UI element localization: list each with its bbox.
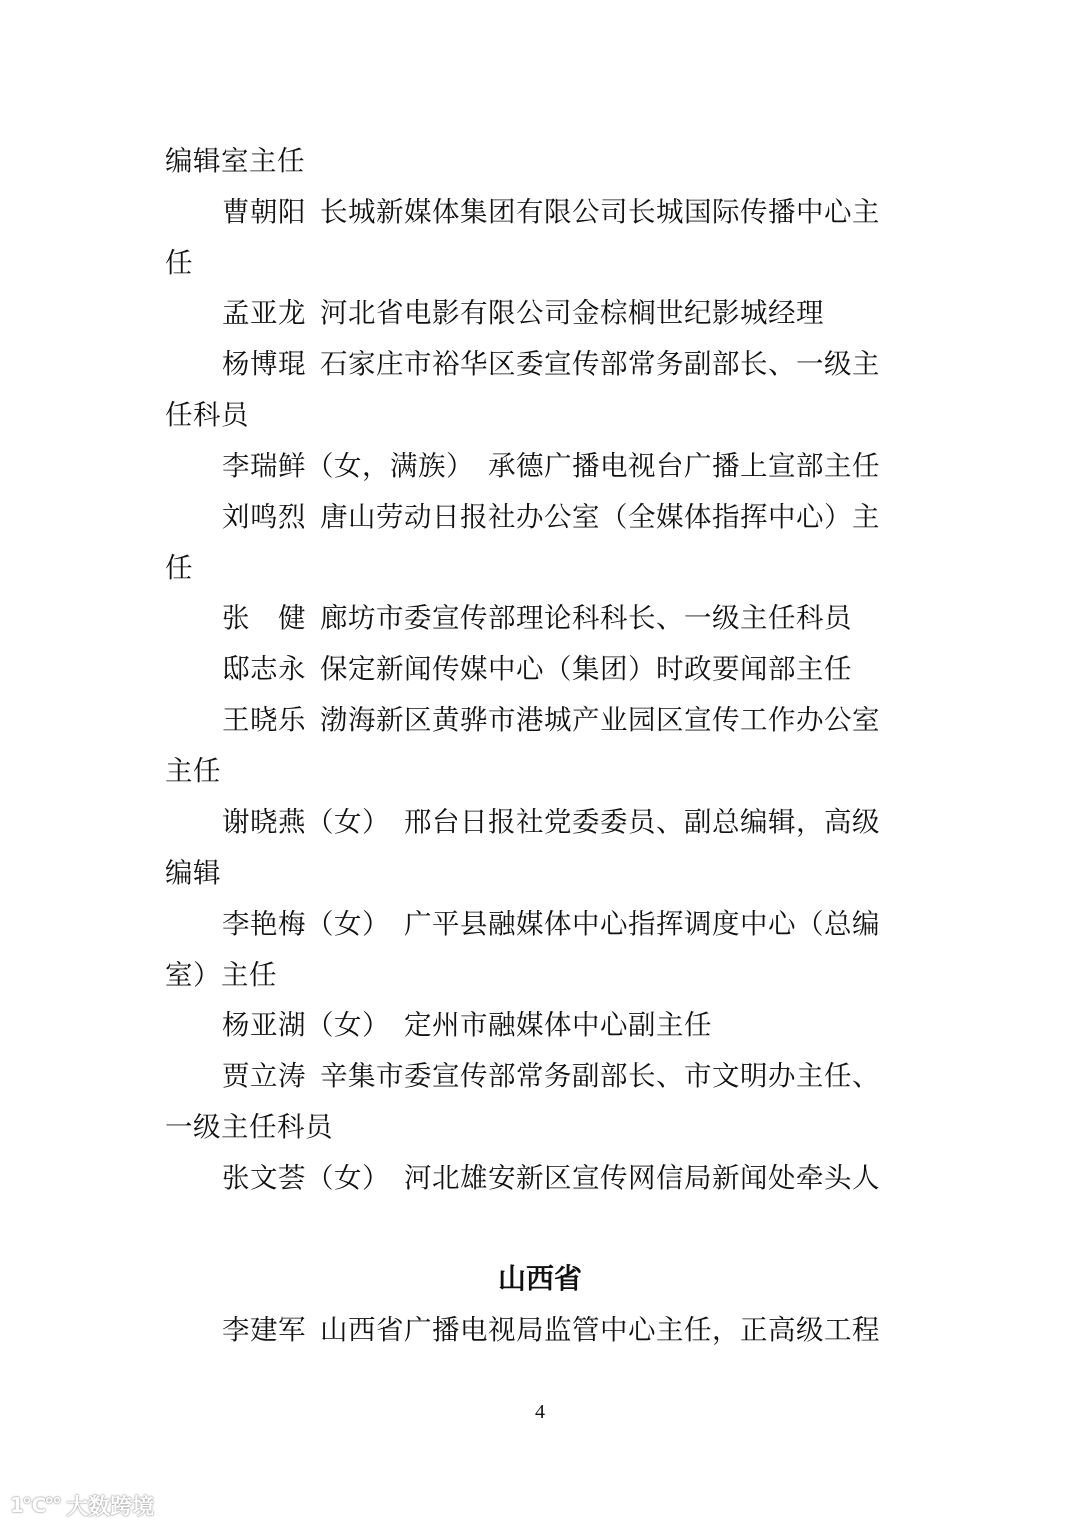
person-name: 李艳梅（女） bbox=[222, 904, 390, 944]
watermark-text: 大数跨境 bbox=[66, 1490, 154, 1521]
text-line-continuation: 一级主任科员 bbox=[165, 1107, 920, 1147]
person-name: 谢晓燕（女） bbox=[222, 802, 390, 842]
page-number: 4 bbox=[0, 1398, 1080, 1426]
document-page: 编辑室主任 曹朝阳长城新媒体集团有限公司长城国际传播中心主 任 孟亚龙河北省电影… bbox=[0, 0, 1080, 1526]
person-name: 杨博琨 bbox=[222, 344, 306, 384]
text-line-continuation: 室）主任 bbox=[165, 955, 920, 995]
text-line-continuation: 编辑室主任 bbox=[165, 141, 920, 181]
person-entry: 张文荟（女）河北雄安新区宣传网信局新闻处牵头人 bbox=[222, 1158, 920, 1198]
person-entry: 孟亚龙河北省电影有限公司金棕榈世纪影城经理 bbox=[222, 293, 920, 333]
person-entry: 邸志永保定新闻传媒中心（集团）时政要闻部主任 bbox=[222, 649, 920, 689]
person-entry: 刘鸣烈唐山劳动日报社办公室（全媒体指挥中心）主 bbox=[222, 497, 920, 537]
person-position: 定州市融媒体中心副主任 bbox=[404, 1009, 712, 1041]
watermark: 1℃°° 大数跨境 bbox=[10, 1490, 154, 1520]
text-line-continuation: 任科员 bbox=[165, 395, 920, 435]
person-name: 张 健 bbox=[222, 598, 306, 638]
person-name: 曹朝阳 bbox=[222, 192, 306, 232]
person-position: 广平县融媒体中心指挥调度中心（总编 bbox=[404, 908, 880, 940]
person-position: 山西省广播电视局监管中心主任，正高级工程 bbox=[320, 1314, 880, 1346]
person-position: 唐山劳动日报社办公室（全媒体指挥中心）主 bbox=[320, 501, 880, 533]
text-line-continuation: 任 bbox=[165, 243, 920, 283]
person-entry: 杨亚湖（女）定州市融媒体中心副主任 bbox=[222, 1005, 920, 1045]
person-position: 长城新媒体集团有限公司长城国际传播中心主 bbox=[320, 196, 880, 228]
person-position: 邢台日报社党委委员、副总编辑，高级 bbox=[404, 806, 880, 838]
person-entry: 谢晓燕（女）邢台日报社党委委员、副总编辑，高级 bbox=[222, 802, 920, 842]
person-name: 邸志永 bbox=[222, 649, 306, 689]
person-position: 河北省电影有限公司金棕榈世纪影城经理 bbox=[320, 297, 824, 329]
person-entry: 王晓乐渤海新区黄骅市港城产业园区宣传工作办公室 bbox=[222, 700, 920, 740]
person-name: 王晓乐 bbox=[222, 700, 306, 740]
person-position: 保定新闻传媒中心（集团）时政要闻部主任 bbox=[320, 653, 852, 685]
person-position: 承德广播电视台广播上宣部主任 bbox=[488, 450, 880, 482]
person-position: 渤海新区黄骅市港城产业园区宣传工作办公室 bbox=[320, 704, 880, 736]
person-name: 杨亚湖（女） bbox=[222, 1005, 390, 1045]
text-line-continuation: 任 bbox=[165, 548, 920, 588]
person-entry: 李建军山西省广播电视局监管中心主任，正高级工程 bbox=[222, 1310, 920, 1350]
person-name: 李瑞鲜（女，满族） bbox=[222, 446, 474, 486]
person-entry: 张 健廊坊市委宣传部理论科科长、一级主任科员 bbox=[222, 598, 920, 638]
person-name: 刘鸣烈 bbox=[222, 497, 306, 537]
watermark-logo-icon: 1℃°° bbox=[10, 1493, 60, 1517]
person-position: 廊坊市委宣传部理论科科长、一级主任科员 bbox=[320, 602, 852, 634]
person-name: 张文荟（女） bbox=[222, 1158, 390, 1198]
section-heading: 山西省 bbox=[0, 1259, 1080, 1299]
person-position: 河北雄安新区宣传网信局新闻处牵头人 bbox=[404, 1162, 880, 1194]
person-name: 贾立涛 bbox=[222, 1056, 306, 1096]
person-entry: 李瑞鲜（女，满族）承德广播电视台广播上宣部主任 bbox=[222, 446, 920, 486]
text-line-continuation: 编辑 bbox=[165, 853, 920, 893]
person-name: 孟亚龙 bbox=[222, 293, 306, 333]
text-line-continuation: 主任 bbox=[165, 751, 920, 791]
person-entry: 曹朝阳长城新媒体集团有限公司长城国际传播中心主 bbox=[222, 192, 920, 232]
person-entry: 贾立涛辛集市委宣传部常务副部长、市文明办主任、 bbox=[222, 1056, 920, 1096]
person-position: 辛集市委宣传部常务副部长、市文明办主任、 bbox=[320, 1060, 880, 1092]
person-position: 石家庄市裕华区委宣传部常务副部长、一级主 bbox=[320, 348, 880, 380]
person-entry: 杨博琨石家庄市裕华区委宣传部常务副部长、一级主 bbox=[222, 344, 920, 384]
person-name: 李建军 bbox=[222, 1310, 306, 1350]
person-entry: 李艳梅（女）广平县融媒体中心指挥调度中心（总编 bbox=[222, 904, 920, 944]
